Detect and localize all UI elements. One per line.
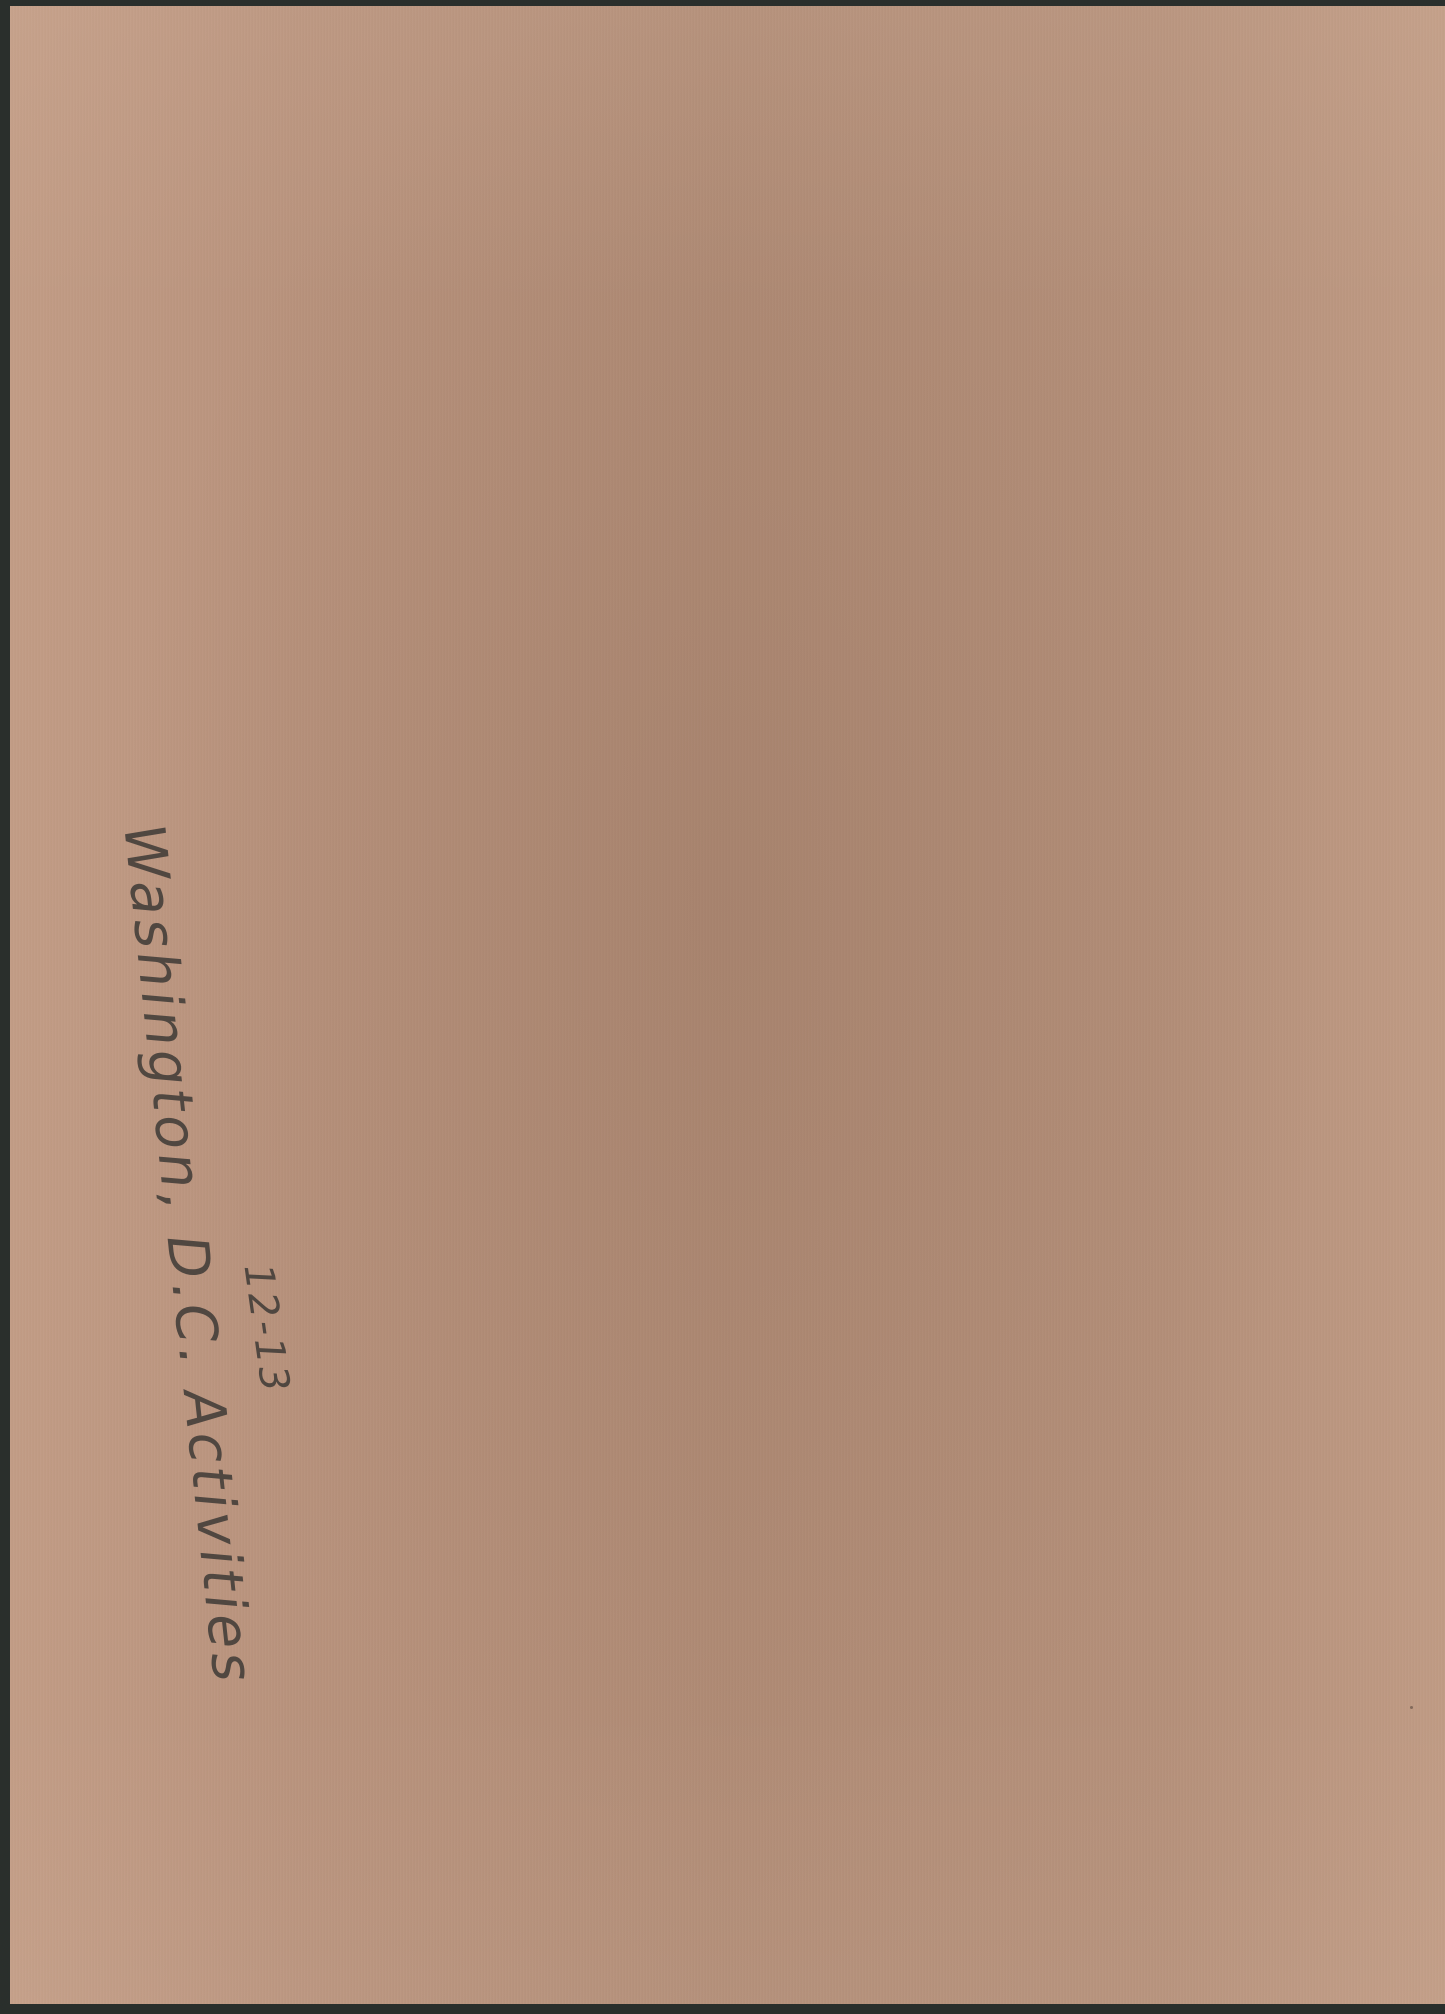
handwritten-date-code: 12-13	[234, 1261, 298, 1397]
handwritten-title: Washington, D.C. Activities	[110, 821, 265, 1688]
paper-sheet: Washington, D.C. Activities 12-13	[10, 6, 1445, 2004]
paper-speck	[1410, 1706, 1413, 1709]
scan-background: Washington, D.C. Activities 12-13	[0, 0, 1445, 2014]
